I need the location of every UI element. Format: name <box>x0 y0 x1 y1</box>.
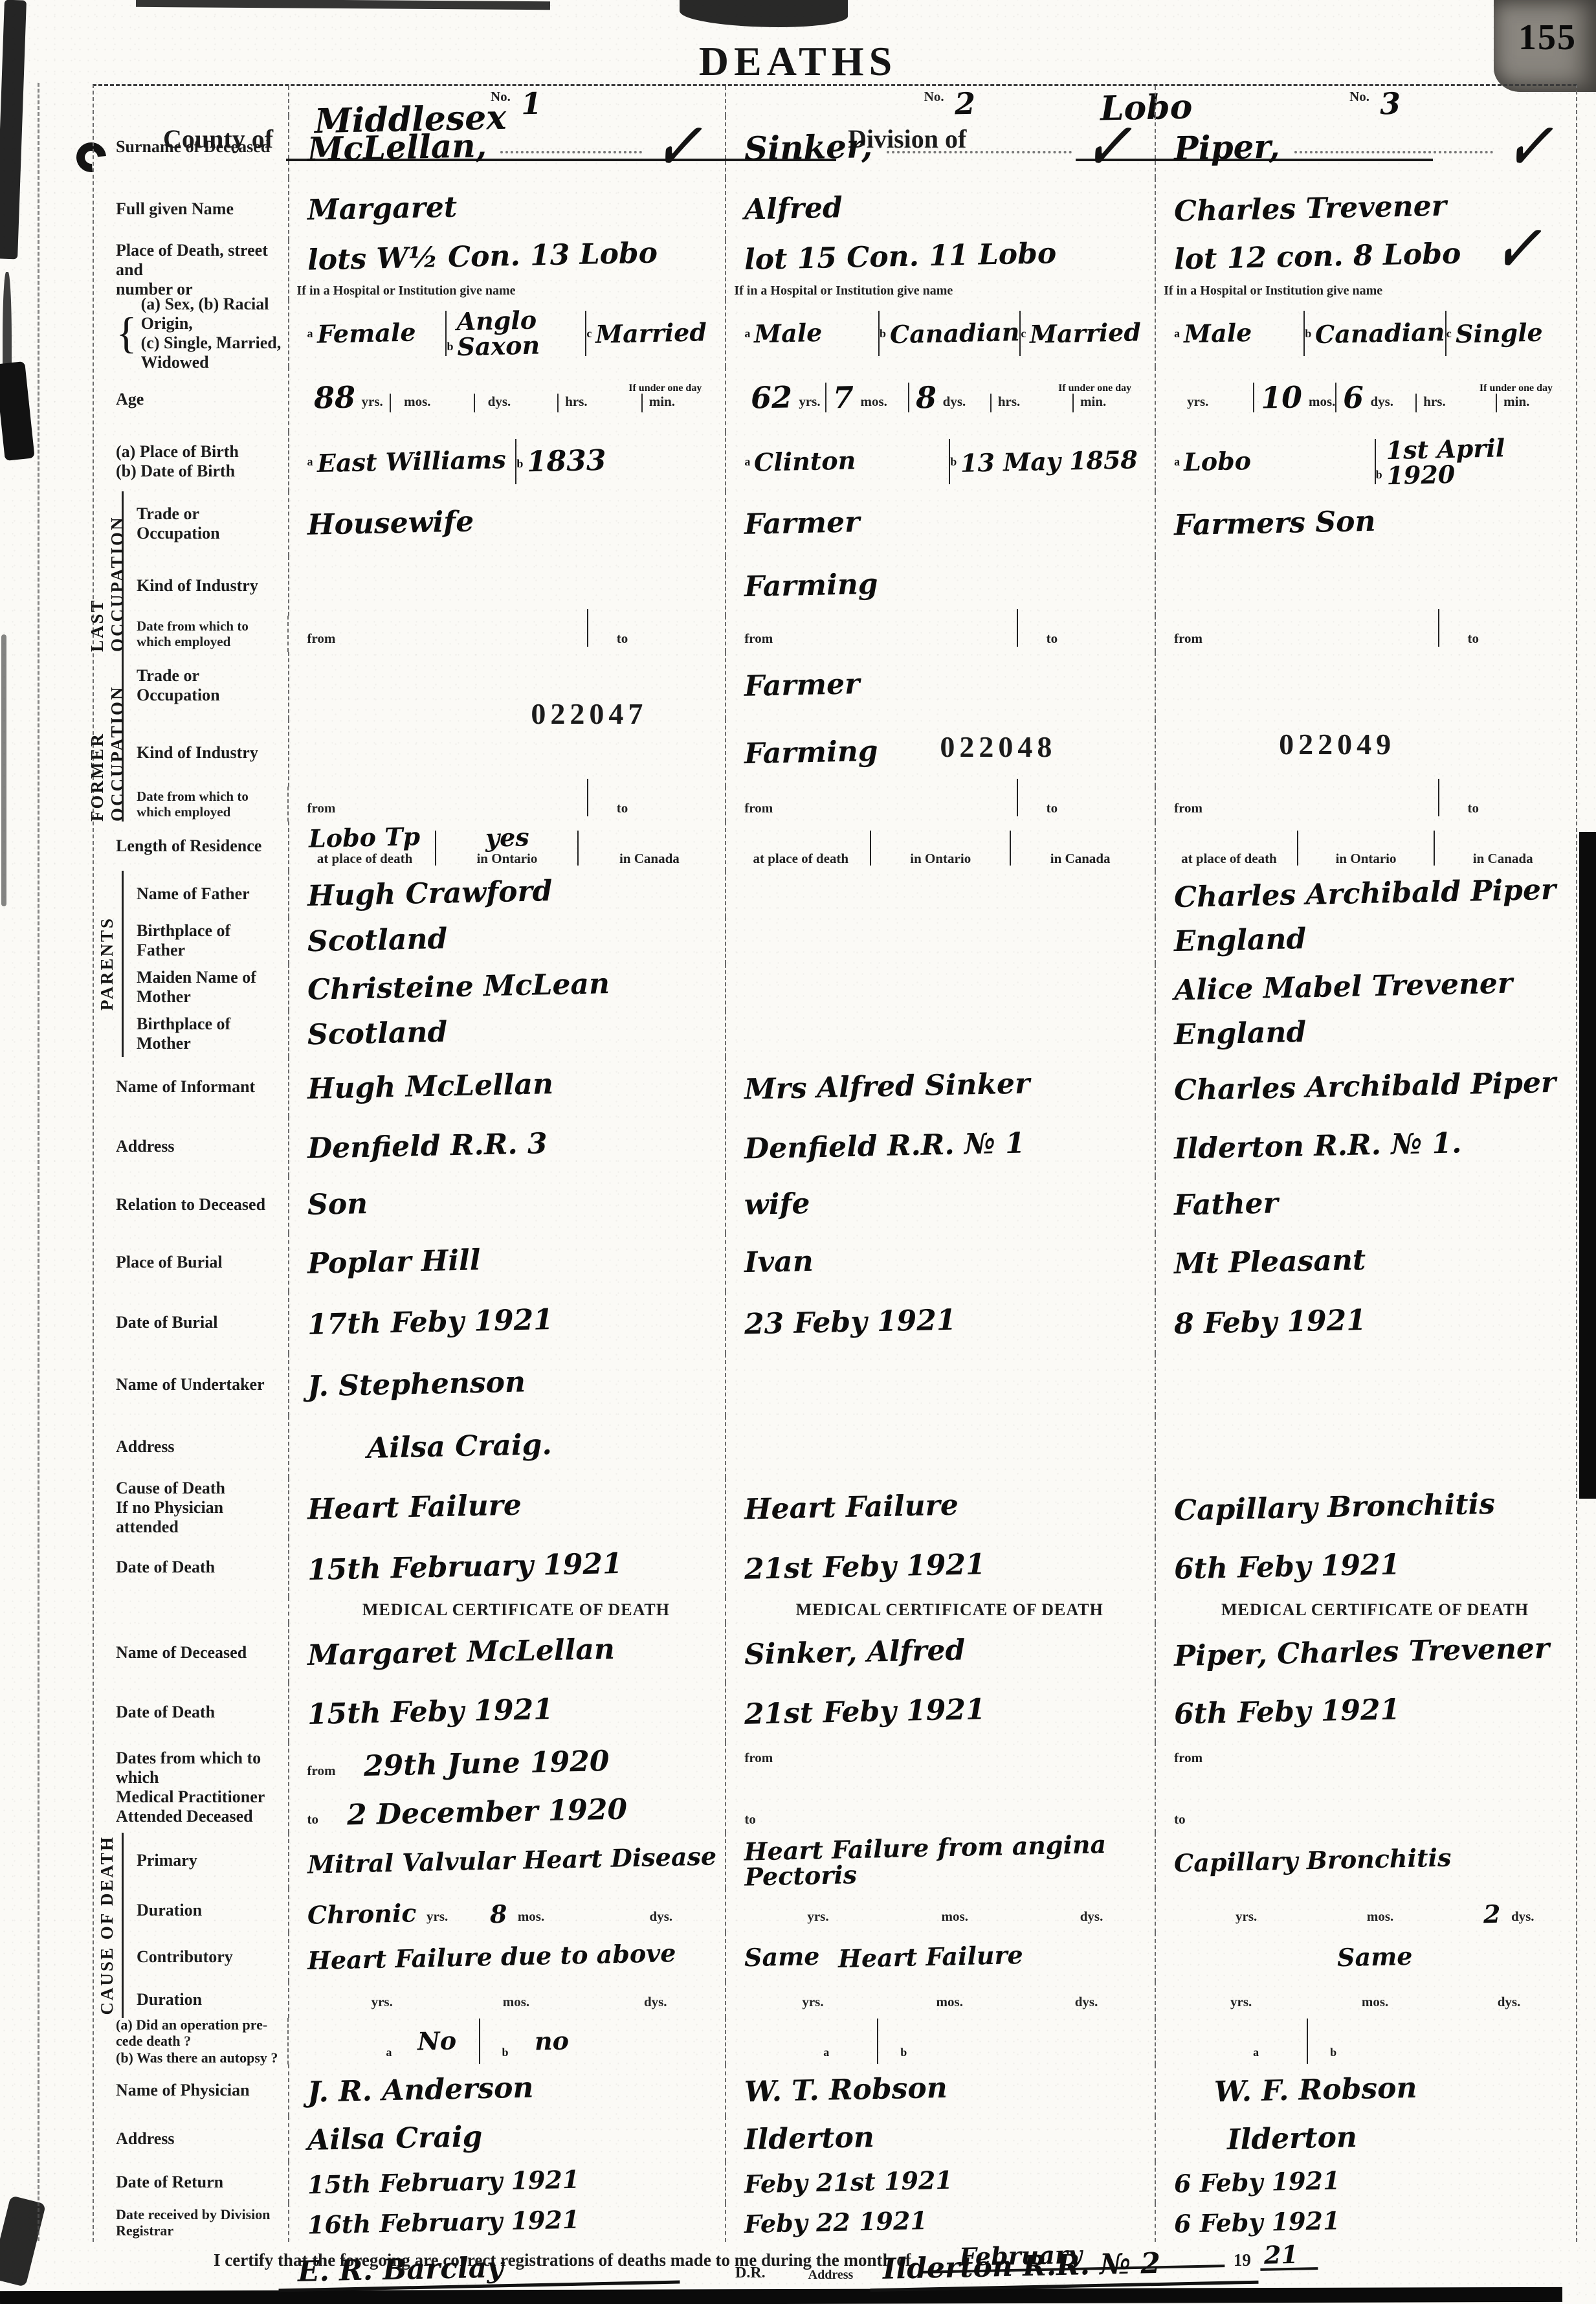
cell <box>725 964 1155 1011</box>
residence-place-value: Lobo Tp <box>309 824 421 851</box>
return-date-value: 15th February 1921 <box>307 2167 579 2198</box>
age-slot: hrs. <box>990 394 1072 412</box>
no-label: No. <box>1349 89 1369 105</box>
divider <box>587 609 588 647</box>
cell: fromto <box>725 616 1155 652</box>
row-undertaker: Name of Undertaker J. Stephenson <box>94 1354 1576 1416</box>
age-slot: 10mos. <box>1253 383 1335 413</box>
cell: Capillary Bronchitis <box>1155 1833 1576 1888</box>
label-cell: Date of Death <box>94 1683 288 1742</box>
row-given-name: Full given Name Margaret Alfred Charles … <box>94 178 1576 240</box>
segment: aMale <box>1174 321 1303 346</box>
cert-name-value: Margaret McLellan <box>307 1635 615 1671</box>
birth-place-value: East Williams <box>316 447 505 476</box>
cell: aClinton b13 May 1858 <box>725 432 1155 491</box>
row-burial-date: Date of Burial 17th Feby 1921 23 Feby 19… <box>94 1292 1576 1354</box>
cell: J. Stephenson <box>288 1354 726 1416</box>
cell: yrs. mos. dys. <box>1155 1982 1576 2018</box>
cell: Piper, Charles Trevener <box>1155 1623 1576 1683</box>
cell: Christeine McLean <box>288 964 726 1011</box>
burial-date-value: 23 Feby 1921 <box>744 1306 957 1339</box>
cell: Ailsa Craig <box>288 2116 726 2162</box>
burial-place-value: Ivan <box>744 1247 814 1277</box>
received-date-value: Feby 22 1921 <box>744 2208 928 2237</box>
row-label: Place of Burial <box>116 1253 223 1272</box>
divider <box>479 2019 480 2064</box>
from-label: from <box>744 1750 773 1766</box>
duration-seg: Chronicyrs. <box>307 1902 449 1927</box>
under-one-day-note: If under one day <box>1480 383 1553 394</box>
segment: b1833 <box>516 447 725 476</box>
cell: England <box>1155 917 1576 964</box>
label-cell: Name of Deceased <box>94 1623 288 1683</box>
cell: aMale bCanadian cMarried <box>725 300 1155 367</box>
row-label: Age <box>116 390 144 409</box>
address-label: Address <box>808 2268 854 2283</box>
unit-label: dys. <box>1080 1908 1103 1925</box>
last-trade-value: Housewife <box>307 508 474 540</box>
row-former-trade: Trade or Occupation 022047 Farmer <box>94 652 1576 719</box>
cell: Feby 21st 1921 <box>725 2162 1155 2203</box>
cell <box>1155 1354 1576 1416</box>
primary-cause-value: Heart Failure from angina Pectoris <box>744 1831 1155 1890</box>
unit-label: hrs. <box>998 394 1020 410</box>
received-date-value: 6 Feby 1921 <box>1174 2208 1340 2237</box>
racial-origin-value: Canadian <box>1315 320 1445 348</box>
cell: Same <box>1155 1932 1576 1982</box>
duration-seg: dys. <box>1018 1908 1155 1927</box>
label-cell: Address <box>94 1416 288 1478</box>
duration-seg: dys. <box>586 1908 725 1927</box>
segments: aFemale bAnglo Saxon cMarried <box>307 308 726 359</box>
row-date-of-death: Date of Death 15th February 1921 21st Fe… <box>94 1538 1576 1597</box>
received-date-value: 16th February 1921 <box>307 2207 579 2238</box>
cell: Farming022048 <box>725 719 1155 787</box>
row-label: Date of Burial <box>116 1313 217 1332</box>
cell: wife <box>725 1176 1155 1233</box>
unit-label: yrs. <box>1236 1908 1257 1925</box>
segments: aEast Williams b1833 <box>307 439 726 484</box>
physician-address-value: Ilderton <box>1227 2123 1358 2154</box>
label-cell: {(a) Sex, (b) Racial Origin, (c) Single,… <box>94 300 288 367</box>
row-residence: Length of Residence Lobo Tpat place of d… <box>94 822 1576 871</box>
hospital-note: If in a Hospital or Institution give nam… <box>297 284 516 298</box>
cell: Heart Failure <box>288 1478 726 1538</box>
cell: SameHeart Failure <box>725 1932 1155 1982</box>
residence-seg: in Canada <box>579 851 720 867</box>
segment: aClinton <box>744 449 949 475</box>
row-label: Place of Death, street and number or <box>116 241 283 299</box>
cell: Piper,✓ <box>1155 116 1576 178</box>
unit-label: mos. <box>503 1994 529 2010</box>
age-slot: dys. <box>474 394 558 412</box>
physician-address-value: Ilderton <box>744 2123 875 2154</box>
row-label: (a) Did an operation pre- cede death ? (… <box>116 2017 278 2066</box>
unit-label: yrs. <box>1230 1994 1252 2010</box>
cell: 16th February 1921 <box>288 2203 726 2242</box>
hospital-note: If in a Hospital or Institution give nam… <box>1164 284 1382 298</box>
sub-label: at place of death <box>1181 851 1277 867</box>
sub-label: in Ontario <box>476 851 537 867</box>
given-name-value: Alfred <box>744 194 843 225</box>
to-group: to <box>1017 609 1058 647</box>
unit-label: yrs. <box>807 1908 828 1925</box>
cell: lot 12 con. 8 LoboIf in a Hospital or In… <box>1155 240 1576 300</box>
mother-maiden-value: Alice Mabel Trevener <box>1174 969 1513 1005</box>
surname-value: Sinker, <box>744 129 873 164</box>
section-parents: PARENTS <box>93 871 124 1057</box>
row-last-employed: Date from which to which employed fromto… <box>94 616 1576 652</box>
unit-label: min. <box>1080 394 1106 410</box>
unit-label: hrs. <box>565 394 587 410</box>
operation-value: No <box>417 2028 457 2054</box>
unit-label: dys. <box>1498 1994 1521 2010</box>
residence-seg: Lobo Tpat place of death <box>294 825 436 867</box>
cell: Farming <box>725 556 1155 616</box>
cell: Denfield R.R. 3 <box>288 1117 726 1176</box>
duration-seg: yrs. <box>1174 1908 1308 1927</box>
row-father: Name of Father Hugh Crawford Charles Arc… <box>94 871 1576 917</box>
cell <box>288 719 726 787</box>
row-label: Name of Informant <box>116 1077 255 1097</box>
cell <box>725 1011 1155 1057</box>
cell: J. R. Anderson <box>288 2064 726 2116</box>
row-birth: (a) Place of Birth (b) Date of Birth aEa… <box>94 432 1576 491</box>
unit-label: mos. <box>1367 1908 1393 1925</box>
cell: Father <box>1155 1176 1576 1233</box>
scan-artifact <box>136 0 550 10</box>
autopsy-value: no <box>534 2028 569 2054</box>
to-group: to <box>1017 779 1058 816</box>
residence-seg: in Ontario <box>871 851 1010 867</box>
unit-label: dys. <box>488 394 511 410</box>
marital-value: Married <box>595 320 707 347</box>
unit-label: yrs. <box>427 1908 448 1925</box>
dotted-leader <box>887 131 1072 153</box>
cell: Heart Failure <box>725 1478 1155 1538</box>
from-label: from <box>307 631 335 647</box>
segment: bCanadian <box>1305 321 1445 346</box>
residence-ontario-value: yes <box>485 825 529 851</box>
label-cell: Place of Death, street and number or <box>94 240 288 300</box>
cell <box>725 1416 1155 1478</box>
registration-stamp: 022048 <box>940 730 1056 764</box>
row-label: Name of Deceased <box>116 1643 247 1662</box>
cell <box>288 556 726 616</box>
unit-label: yrs. <box>799 394 820 410</box>
unit-label: min. <box>649 394 675 410</box>
segment: cMarried <box>1021 321 1155 346</box>
from-label: from <box>744 631 773 647</box>
sub-label: b <box>950 455 957 469</box>
duration-seg: yrs. <box>307 1994 447 2013</box>
segment: aEast Williams <box>307 449 516 475</box>
age-slot: 7mos. <box>825 383 907 413</box>
relation-value: Father <box>1174 1189 1279 1220</box>
sub-label: c <box>1021 327 1026 341</box>
label-cell: Date of Return <box>94 2162 288 2203</box>
row-date-received: Date received by Division Registrar 16th… <box>94 2203 1576 2242</box>
row-label: Trade or Occupation <box>137 666 283 705</box>
row-label: Contributory <box>137 1947 233 1967</box>
sub-label: at place of death <box>753 851 849 867</box>
registrar-address: Ilderton R.R. № 2 <box>870 2248 1259 2292</box>
label-cell: Age <box>94 367 288 432</box>
cell: Housewife <box>288 491 726 556</box>
brace: { <box>116 313 137 353</box>
scan-artifact <box>680 0 848 27</box>
last-trade-value: Farmer <box>744 508 860 540</box>
physician-value: J. R. Anderson <box>307 2074 533 2107</box>
birth-date-value: 1833 <box>527 446 606 476</box>
cell <box>1155 652 1576 719</box>
duration-seg: dys. <box>1018 1994 1155 2013</box>
cell: Ilderton R.R. № 1. <box>1155 1117 1576 1176</box>
row-informant-address: Address Denfield R.R. 3 Denfield R.R. № … <box>94 1117 1576 1176</box>
unit-label: mos. <box>942 1908 968 1925</box>
cell: Scotland <box>288 1011 726 1057</box>
age-slot: min. <box>1496 394 1576 412</box>
dr-label: D.R. <box>735 2265 766 2283</box>
unit-label: yrs. <box>362 394 383 410</box>
sex-value: Male <box>754 320 823 347</box>
label-cell: Name of Physician <box>94 2064 288 2116</box>
unit-label: hrs. <box>1423 394 1445 410</box>
under-one-day-note: If under one day <box>628 383 702 394</box>
row-surname: Surname of Deceased McLellan,✓ Sinker,✓ … <box>94 116 1576 178</box>
label-cell: Date of Death <box>94 1538 288 1597</box>
unit-label: mos. <box>518 1908 544 1925</box>
segments: aMale bCanadian cMarried <box>744 311 1155 356</box>
primary-cause-value: Mitral Valvular Heart Disease <box>307 1844 716 1877</box>
label-cell: Name of Informant <box>94 1057 288 1117</box>
to-group: to <box>1438 609 1480 647</box>
section-cause-of-death: CAUSE OF DEATH <box>93 1833 124 2018</box>
cert-name-value: Sinker, Alfred <box>744 1636 966 1670</box>
given-name-value: Charles Trevener <box>1174 192 1447 227</box>
row-mother-maiden: Maiden Name of Mother Christeine McLean … <box>94 964 1576 1011</box>
cell: Ivan <box>725 1233 1155 1292</box>
cell: Hugh McLellan <box>288 1057 726 1117</box>
birth-date-value: 13 May 1858 <box>960 447 1138 476</box>
to-label: to <box>1468 631 1480 647</box>
duration-seg: yrs. <box>744 1908 881 1927</box>
label-cell: Cause of Death If no Physician attended <box>94 1478 288 1538</box>
sub-label: a <box>744 455 750 469</box>
primary-cause-value: Capillary Bronchitis <box>1174 1845 1452 1876</box>
cell: Charles Archibald Piper <box>1155 1057 1576 1117</box>
duration-seg: 8mos. <box>448 1902 586 1927</box>
from-label: from <box>1174 800 1203 816</box>
death-date-value: 15th February 1921 <box>307 1549 623 1585</box>
cell <box>1155 556 1576 616</box>
residence-seg: at place of death <box>731 851 870 867</box>
scan-artifact <box>0 361 35 461</box>
row-label: Birthplace of Father <box>137 921 283 960</box>
segment: aMale <box>744 321 878 346</box>
cell: from to <box>725 1742 1155 1833</box>
to-group: to <box>1438 779 1480 816</box>
row-label: Date of Death <box>116 1558 215 1577</box>
age-slot: 6dys. <box>1335 383 1415 413</box>
cell: aFemale bAnglo Saxon cMarried <box>288 300 726 367</box>
cell: aEast Williams b1833 <box>288 432 726 491</box>
segments: aClinton b13 May 1858 <box>744 439 1155 484</box>
from-label: from <box>307 800 335 816</box>
divider <box>1438 779 1439 816</box>
contributory-value: Heart Failure <box>837 1943 1023 1972</box>
father-value: Charles Archibald Piper <box>1174 875 1557 912</box>
cell: fromto <box>287 787 725 822</box>
cell: Margaret <box>288 178 726 240</box>
cell: Ilderton <box>1155 2116 1576 2162</box>
row-label: Name of Father <box>137 884 250 904</box>
row-label: Address <box>116 2129 175 2149</box>
no-label: No. <box>924 89 944 105</box>
certification-year: 21 <box>1259 2242 1318 2271</box>
undertaker-address-value: Ailsa Craig. <box>366 1431 552 1464</box>
former-trade-value: Farmer <box>744 670 860 702</box>
duration-seg: yrs. <box>744 1994 881 2013</box>
row-informant: Name of Informant Hugh McLellan Mrs Alfr… <box>94 1057 1576 1117</box>
medical-certificate-title: MEDICAL CERTIFICATE OF DEATH <box>362 1600 670 1620</box>
attended-to-line: to <box>1174 1811 1563 1828</box>
mother-birthplace-value: England <box>1174 1018 1307 1049</box>
unit-label: dys. <box>1511 1908 1535 1925</box>
to-label: to <box>1047 800 1058 816</box>
row-label: Name of Undertaker <box>116 1375 265 1394</box>
segments: aMale bCanadian cSingle <box>1174 311 1576 356</box>
cert-death-date-value: 6th Feby 1921 <box>1174 1695 1401 1729</box>
cell: ab <box>1155 2018 1576 2064</box>
cell: Farmer <box>725 491 1155 556</box>
duration-seg: mos. <box>447 1994 586 2013</box>
cell: 15th February 1921 <box>288 2162 726 2203</box>
residence-seg: in Canada <box>1011 851 1149 867</box>
sub-label: a <box>1174 327 1180 341</box>
contributory-note: Same <box>744 1943 820 1970</box>
cell: yrs. mos. dys. <box>725 1888 1155 1932</box>
sub-label: b <box>516 457 523 471</box>
dotted-leader <box>1294 131 1493 153</box>
divider <box>587 779 588 816</box>
residence-seg: in Canada <box>1435 851 1571 867</box>
label-cell: (a) Did an operation pre- cede death ? (… <box>94 2018 287 2064</box>
section-label: FORMER OCCUPATION <box>87 652 127 822</box>
sub-label: at place of death <box>317 851 413 867</box>
row-operation-autopsy: (a) Did an operation pre- cede death ? (… <box>94 2018 1576 2064</box>
cell: Alfred <box>725 178 1155 240</box>
age-dys: 8 <box>915 382 937 413</box>
row-label: Primary <box>137 1851 197 1870</box>
no-label: No. <box>491 89 511 105</box>
sub-label: b <box>1330 2046 1336 2059</box>
burial-place-value: Mt Pleasant <box>1174 1246 1366 1279</box>
sub-label: a <box>307 455 313 469</box>
section-former-occupation: FORMER OCCUPATION <box>93 652 124 822</box>
divider <box>1017 609 1018 647</box>
cell: Mrs Alfred Sinker <box>725 1057 1155 1117</box>
row-label: Date from which to which employed <box>137 618 249 649</box>
row-relation: Relation to Deceased Son wife Father <box>94 1176 1576 1233</box>
cell: lots W½ Con. 13 LoboIf in a Hospital or … <box>288 240 726 300</box>
to-group: to <box>587 609 628 647</box>
informant-value: Mrs Alfred Sinker <box>744 1069 1030 1104</box>
dotted-leader <box>500 131 642 153</box>
row-label: Cause of Death If no Physician attended <box>116 1479 283 1537</box>
cell: 21st Feby 1921 <box>725 1538 1155 1597</box>
place-of-death-value: lot 15 Con. 11 Lobo <box>744 240 1057 275</box>
duration-seg: 2dys. <box>1442 1902 1576 1927</box>
sub-label: c <box>1446 327 1452 341</box>
row-father-birthplace: Birthplace of Father Scotland England <box>94 917 1576 964</box>
cell: 23 Feby 1921 <box>725 1292 1155 1354</box>
cell: 6th Feby 1921 <box>1155 1538 1576 1597</box>
label-cell: Address <box>94 1117 288 1176</box>
surname-value: Piper, <box>1174 129 1281 164</box>
label-cell: Address <box>94 2116 288 2162</box>
cell: fromto <box>725 787 1155 822</box>
unit-label: yrs. <box>371 1994 393 2010</box>
racial-origin-value: Anglo Saxon <box>457 307 586 360</box>
unit-label: mos. <box>1362 1994 1388 2010</box>
cell: 15th Feby 1921 <box>288 1683 726 1742</box>
row-sex-origin-marital: {(a) Sex, (b) Racial Origin, (c) Single,… <box>94 300 1576 367</box>
attended-from-line: from <box>1174 1750 1563 1766</box>
attended-from-value: 29th June 1920 <box>364 1747 610 1782</box>
cell: Son <box>288 1176 726 1233</box>
cell: Heart Failure from angina Pectoris <box>725 1833 1155 1888</box>
row-label: Kind of Industry <box>137 576 258 596</box>
row-label: Trade or Occupation <box>137 504 283 543</box>
birth-date-value: 1st April 1920 <box>1386 434 1577 489</box>
cell: Sinker, Alfred <box>725 1623 1155 1683</box>
medical-certificate-title: MEDICAL CERTIFICATE OF DEATH <box>1221 1600 1529 1620</box>
cell: yrs. mos. 2dys. <box>1155 1888 1576 1932</box>
cell: yrs. mos. dys. <box>725 1982 1155 2018</box>
registration-stamp: 022049 <box>1279 727 1395 761</box>
cell: from29th June 1920 to2 December 1920 <box>288 1742 726 1833</box>
cell: Charles Archibald Piper <box>1155 871 1576 917</box>
cell: No.2 <box>725 86 1155 116</box>
record-number: 2 <box>954 89 975 120</box>
cell: Alice Mabel Trevener <box>1155 964 1576 1011</box>
death-date-value: 6th Feby 1921 <box>1174 1550 1401 1584</box>
duration-seg: mos. <box>881 1908 1018 1927</box>
duration-seg: dys. <box>1442 1994 1576 2013</box>
row-label: Length of Residence <box>116 836 261 856</box>
duration-seg: dys. <box>586 1994 725 2013</box>
sub-label: b <box>900 2046 907 2059</box>
informant-value: Hugh McLellan <box>307 1070 553 1104</box>
burial-date-value: 8 Feby 1921 <box>1174 1306 1367 1339</box>
cell: Hugh Crawford <box>288 871 726 917</box>
age-mos: 10 <box>1261 382 1303 413</box>
sub-label: a <box>744 327 750 341</box>
cell <box>725 1354 1155 1416</box>
cell: yrs. 10mos. 6dys. hrs. min. If under one… <box>1155 367 1576 432</box>
age-slots: 62yrs. 7mos. 8dys. hrs. min. If under on… <box>744 383 1155 417</box>
scan-artifact <box>1 634 6 906</box>
row-medical-certificate-header: MEDICAL CERTIFICATE OF DEATH MEDICAL CER… <box>94 1597 1576 1623</box>
row-last-industry: Kind of Industry Farming <box>94 556 1576 616</box>
cert-name-value: Piper, Charles Trevener <box>1174 1634 1550 1671</box>
row-label: Date from which to which employed <box>137 789 249 820</box>
unit-label: mos. <box>1309 394 1335 410</box>
row-label: Duration <box>137 1990 202 2009</box>
cell: MEDICAL CERTIFICATE OF DEATH <box>288 1597 726 1623</box>
sub-label: b <box>502 2046 509 2059</box>
